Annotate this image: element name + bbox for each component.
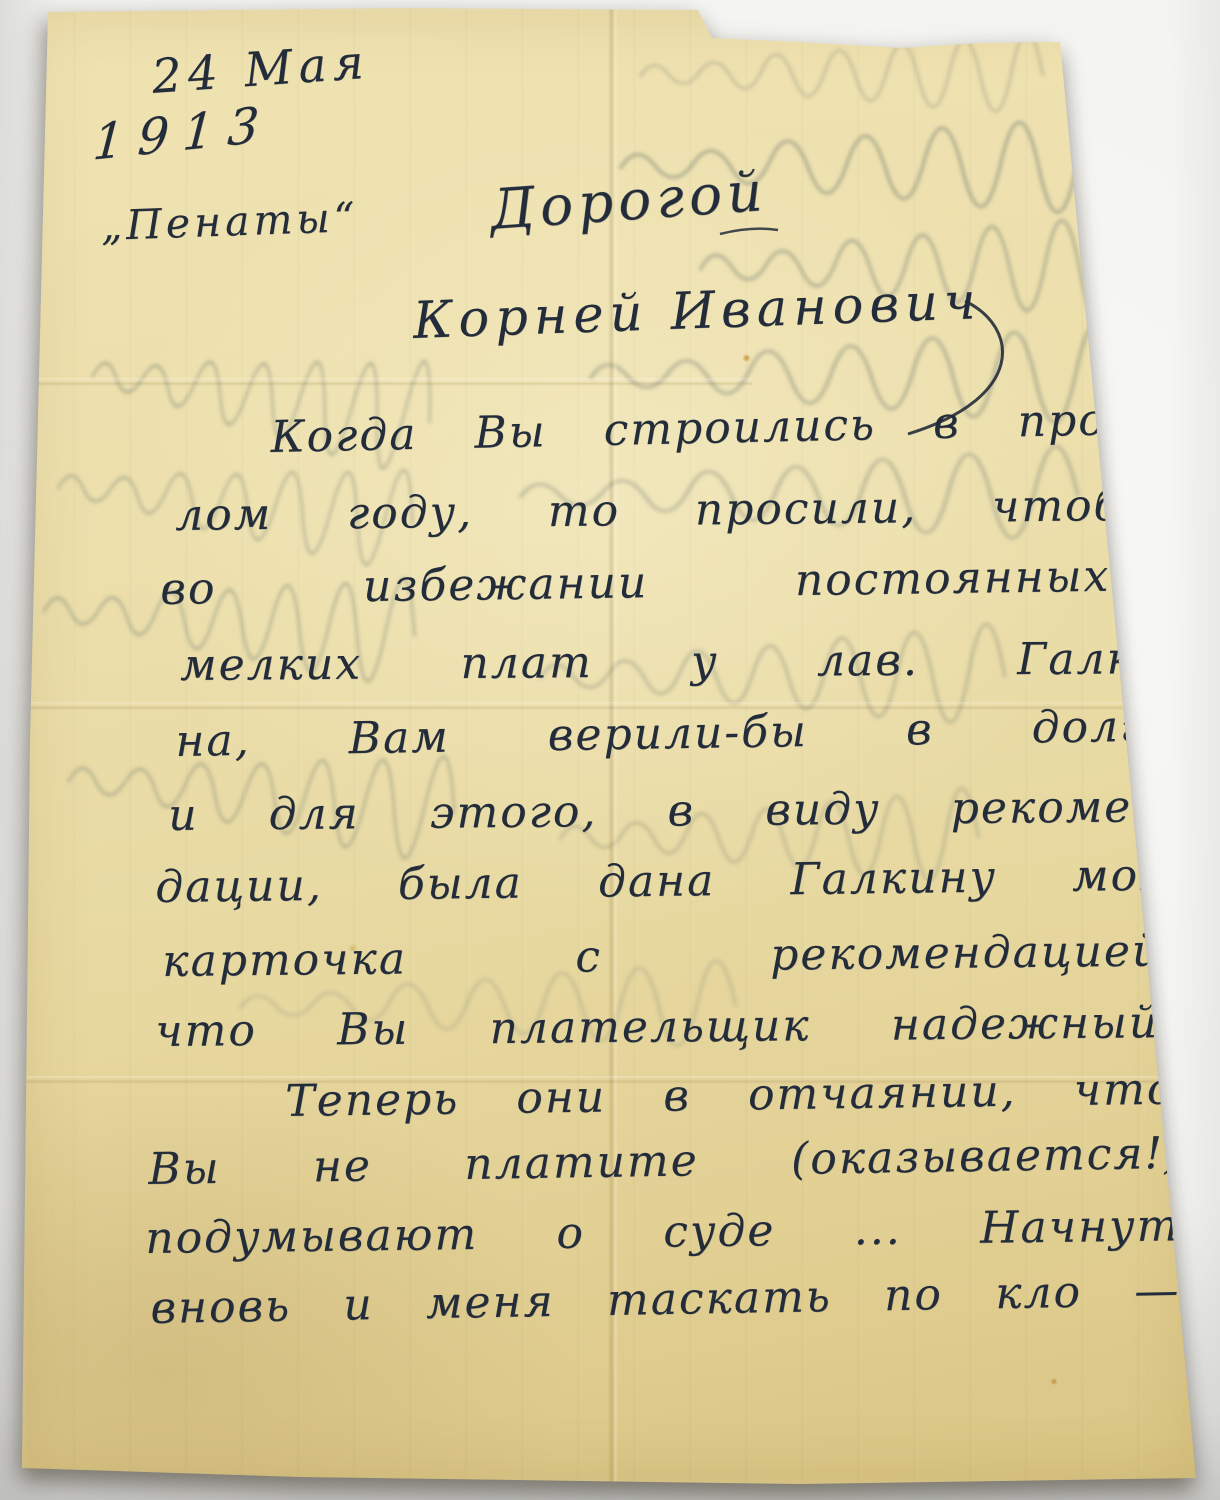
body-line: лом году, то просили, чтобы: [175, 480, 1160, 541]
body-line: что Вы плательщик надежный.: [155, 997, 1175, 1057]
body-line: Когда Вы строились в прош: [270, 394, 1151, 463]
paper-shadow-wrap: 24 Мая 1913 „Пенаты“ Дорогой Корней Иван…: [0, 0, 1220, 1500]
body-line: Теперь они в отчаянии, что: [285, 1064, 1176, 1127]
body-line: Вы не платите (оказывается!): [148, 1128, 1184, 1195]
body-line: на, Вам верили-бы в долг,: [175, 701, 1161, 767]
body-line: вновь и меня таскать по кло —: [150, 1265, 1181, 1334]
body-line: во избежании постоянных: [160, 551, 1111, 615]
date-year: 1913: [91, 95, 275, 172]
body-line: подумывают о суде ... Начнут: [145, 1200, 1181, 1264]
place-name-penaty: „Пенаты“: [100, 193, 359, 250]
horizontal-fold-crease: [20, 378, 752, 386]
salutation-word: Дорогой: [488, 159, 769, 242]
body-line: мелких плат у лав. Галки: [180, 633, 1165, 691]
addressee-name: Корней Иванович: [412, 272, 982, 351]
body-line: и для этого, в виду рекомен: [168, 781, 1163, 841]
foxing-spot: [742, 354, 751, 362]
letter-paper: 24 Мая 1913 „Пенаты“ Дорогой Корней Иван…: [20, 6, 1200, 1486]
body-line: дации, была дана Галкину моя: [155, 850, 1171, 913]
date-day-month: 24 Мая: [150, 35, 371, 105]
photo-of-letter: 24 Мая 1913 „Пенаты“ Дорогой Корней Иван…: [0, 0, 1220, 1500]
body-line: карточка с рекомендацией: [162, 926, 1162, 987]
foxing-spot: [1050, 1378, 1058, 1385]
